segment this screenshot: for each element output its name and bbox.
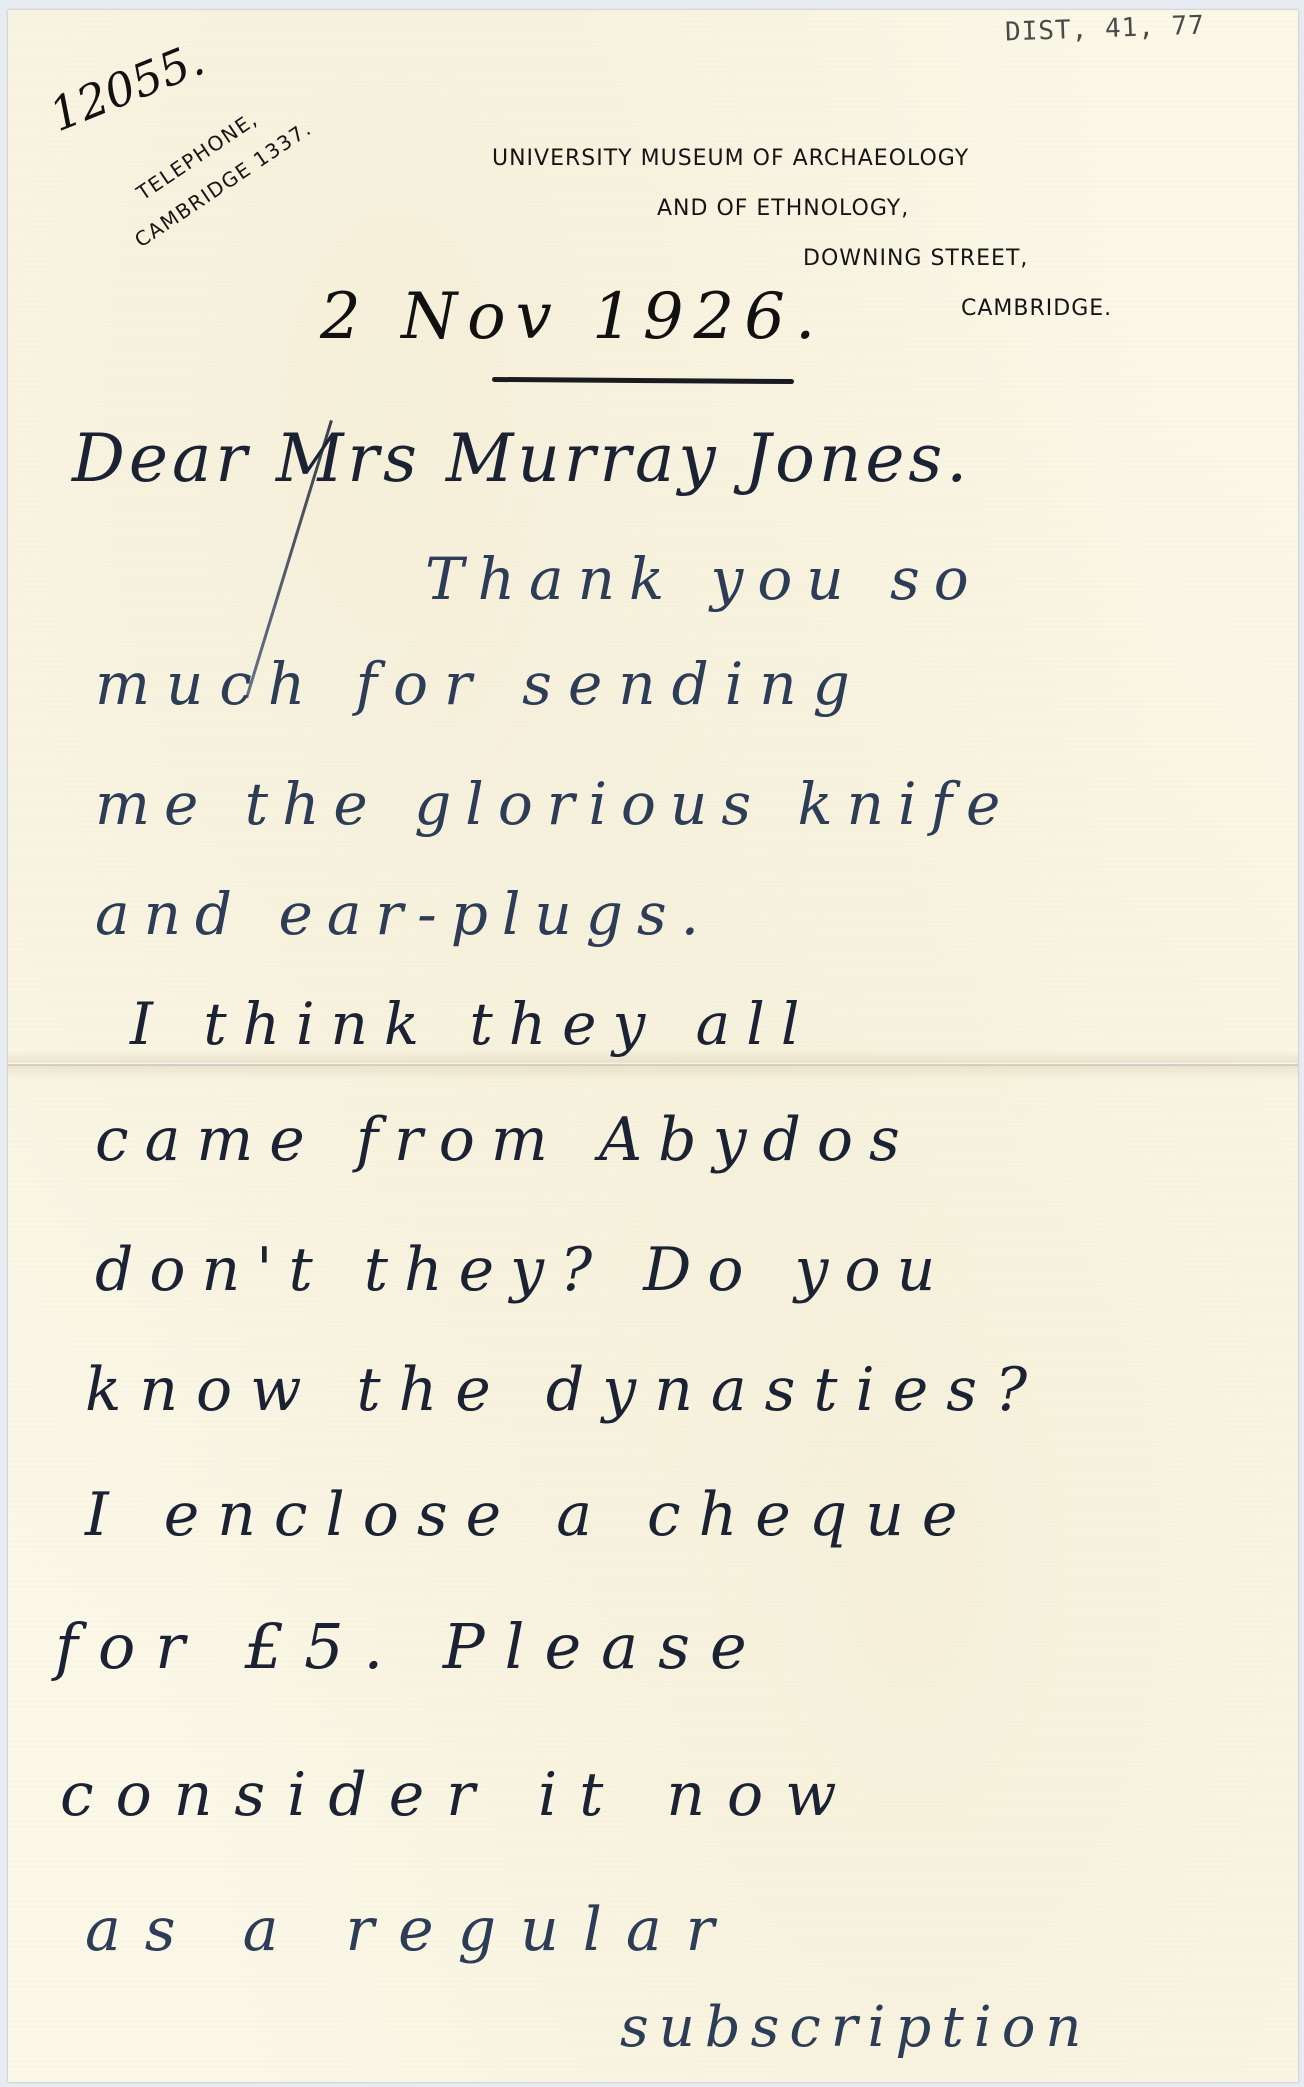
body-line: know the dynasties? xyxy=(85,1355,1045,1425)
letterhead-institution-cont: AND OF ETHNOLOGY, xyxy=(657,196,909,221)
paper-fold-crease xyxy=(8,1064,1298,1066)
body-line: much for sending xyxy=(95,650,866,718)
letterhead-street: DOWNING STREET, xyxy=(803,246,1028,271)
body-line: I enclose a cheque xyxy=(85,1480,975,1550)
letterhead-city: CAMBRIDGE. xyxy=(961,296,1112,321)
body-line: came from Abydos xyxy=(95,1105,916,1175)
body-line: don't they? Do you xyxy=(95,1235,951,1305)
body-line: and ear-plugs. xyxy=(95,880,713,948)
letter-date: 2 Nov 1926. xyxy=(320,280,825,354)
body-line: I think they all xyxy=(130,990,815,1058)
body-line: subscription xyxy=(620,1995,1091,2060)
salutation: Dear Mrs Murray Jones. xyxy=(72,420,971,497)
body-line: consider it now xyxy=(60,1760,859,1830)
letterhead-institution: UNIVERSITY MUSEUM OF ARCHAEOLOGY xyxy=(492,146,969,171)
body-line: Thank you so xyxy=(425,545,983,613)
body-line: for £5. Please xyxy=(55,1610,767,1683)
body-line: me the glorious knife xyxy=(95,770,1014,838)
body-line: as a regular xyxy=(85,1895,738,1965)
